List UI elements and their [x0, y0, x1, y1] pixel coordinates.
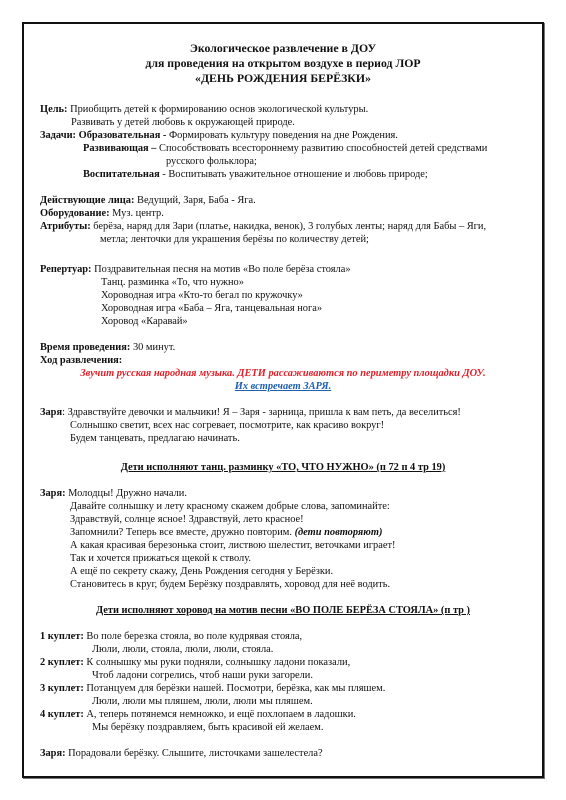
attributes: Атрибуты: берёза, наряд для Зари (платье…	[40, 220, 486, 233]
verse-2: 2 куплет: К солнышку мы руки подняли, со…	[40, 656, 350, 669]
zarya-line: Давайте солнышку и лету красному скажем …	[70, 500, 390, 513]
repertoire-item: Хороводная игра «Баба – Яга, танцевальна…	[101, 302, 322, 315]
goal-line1: Цель: Приобщить детей к формированию осн…	[40, 103, 368, 116]
zarya-line: Заря: Молодцы! Дружно начали.	[40, 487, 187, 500]
repertoire: Репертуар: Поздравительная песня на моти…	[40, 263, 351, 276]
zarya-line: Будем танцевать, предлагаю начинать.	[70, 432, 240, 445]
zarya-line: А ещё по секрету скажу, День Рождения се…	[70, 565, 333, 578]
zarya-line: Здравствуй, солнце ясное! Здравствуй, ле…	[70, 513, 304, 526]
tasks-dev: Развивающая – Способствовать всесторонне…	[83, 142, 487, 155]
duration: Время проведения: 30 минут.	[40, 341, 175, 354]
zarya-line: Солнышко светит, всех нас согревает, пос…	[70, 419, 384, 432]
tasks-edu: Задачи: Образовательная - Формировать ку…	[40, 129, 398, 142]
verse-1: 1 куплет: Во поле березка стояла, во пол…	[40, 630, 302, 643]
repertoire-item: Хороводная игра «Кто-то бегал по кружочк…	[101, 289, 303, 302]
verse-2-line2: Чтоб ладони согрелись, чтоб наши руки за…	[92, 669, 313, 682]
repertoire-item: Хоровод «Каравай»	[101, 315, 188, 328]
section-heading-1: Дети исполняют танц. разминку «ТО, ЧТО Н…	[22, 461, 544, 474]
zarya-line: Заря: Здравствуйте девочки и мальчики! Я…	[40, 406, 461, 419]
characters: Действующие лица: Ведущий, Заря, Баба - …	[40, 194, 256, 207]
verse-4-line2: Мы берёзку поздравляем, быть красивой ей…	[92, 721, 323, 734]
verse-3-line2: Люли, люли мы пляшем, люли, люли мы пляш…	[92, 695, 313, 708]
attributes-line2: метла; ленточки для украшения берёзы по …	[100, 233, 369, 246]
verse-4: 4 куплет: А, теперь потянемся немножко, …	[40, 708, 356, 721]
goal-line2: Развивать у детей любовь к окружающей пр…	[71, 116, 295, 129]
verse-3: 3 куплет: Потанцуем для берёзки нашей. П…	[40, 682, 385, 695]
repertoire-item: Танц. разминка «То, что нужно»	[101, 276, 244, 289]
zarya-line: Так и хочется прижаться щекой к стволу.	[70, 552, 251, 565]
section-heading-2: Дети исполняют хоровод на мотив песни «В…	[22, 604, 544, 617]
doc-title-line3: «ДЕНЬ РОЖДЕНИЯ БЕРЁЗКИ»	[0, 71, 566, 85]
zarya-line: Запомнили? Теперь все вместе, дружно пов…	[70, 526, 382, 539]
doc-title-line1: Экологическое развлечение в ДОУ	[0, 41, 566, 55]
tasks-upb: Воспитательная - Воспитывать уважительно…	[83, 168, 428, 181]
zarya-line: Становитесь в круг, будем Берёзку поздра…	[70, 578, 390, 591]
verse-1-line2: Люли, люли, стояла, люли, люли, стояла.	[92, 643, 273, 656]
tasks-dev-line2: русского фольклора;	[166, 155, 257, 168]
doc-title-line2: для проведения на открытом воздухе в пер…	[0, 56, 566, 70]
equipment: Оборудование: Муз. центр.	[40, 207, 164, 220]
stage-direction-blue: Их встречает ЗАРЯ.	[22, 380, 544, 393]
course-label: Ход развлечения:	[40, 354, 122, 367]
zarya-line: А какая красивая березонька стоит, листв…	[70, 539, 395, 552]
zarya-final: Заря: Порадовали берёзку. Слышите, листо…	[40, 747, 323, 760]
stage-direction-red: Звучит русская народная музыка. ДЕТИ рас…	[22, 367, 544, 380]
